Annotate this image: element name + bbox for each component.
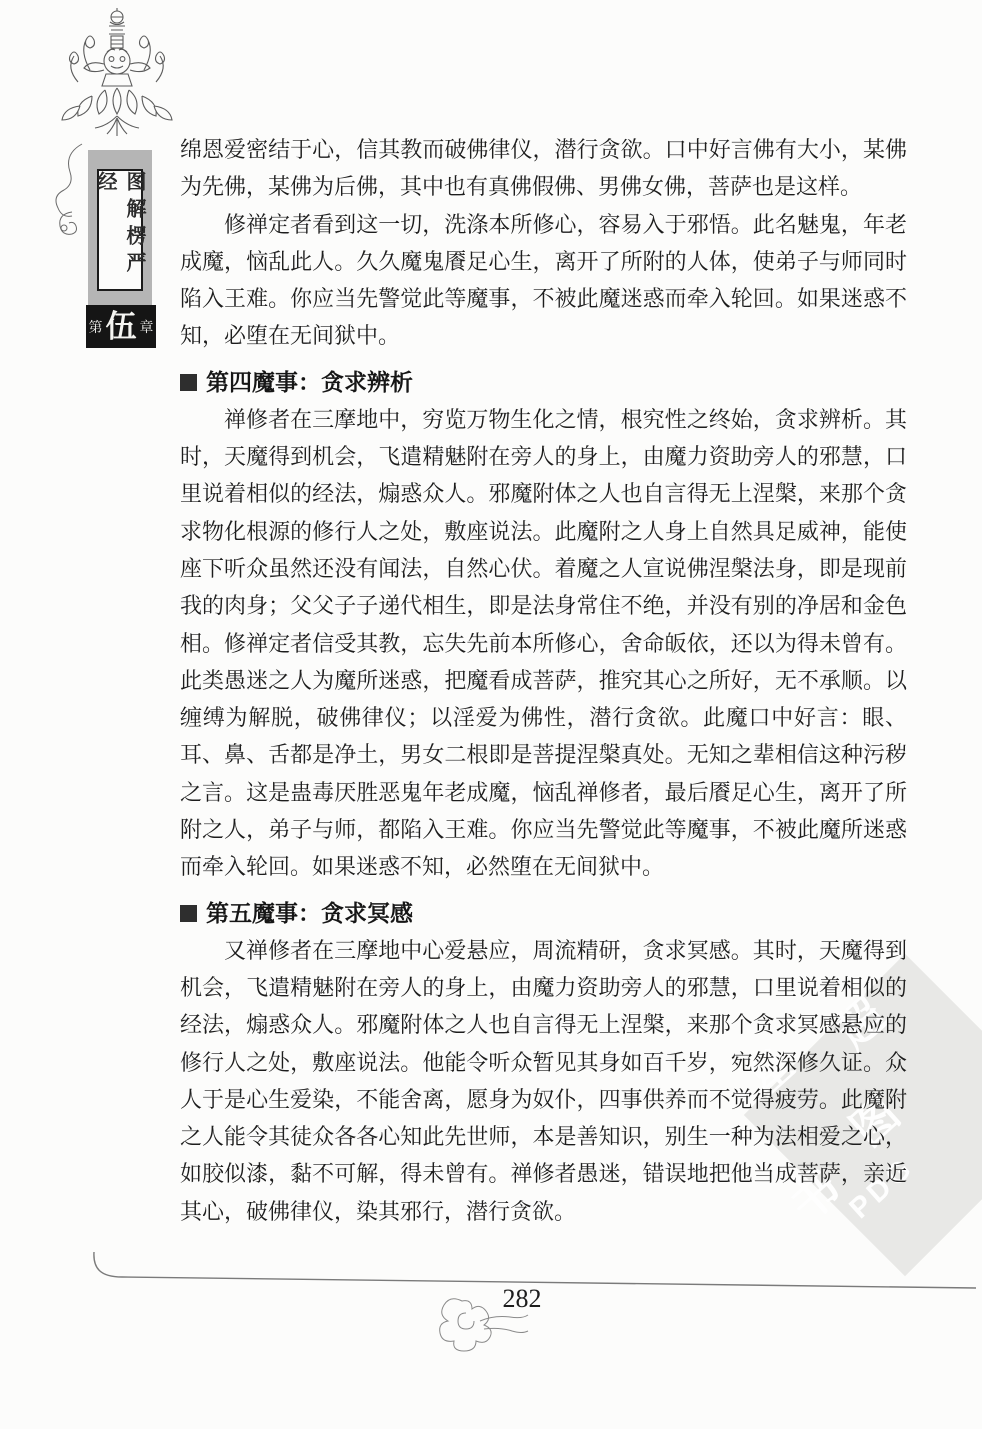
sidebar-band: 图解楞严经 bbox=[88, 150, 152, 308]
paragraph: 又禅修者在三摩地中心爱悬应，周流精研，贪求冥感。其时，天魔得到机会，飞遣精魅附在… bbox=[180, 932, 907, 1230]
paragraph: 禅修者在三摩地中，穷览万物生化之情，根究性之终始，贪求辨析。其时，天魔得到机会，… bbox=[180, 401, 907, 886]
book-page: 图解楞严经 第 伍 章 超 星 图 书 PDG 绵恩爱密结于心，信其教而破佛律仪… bbox=[0, 0, 982, 1429]
book-title: 图解楞严经 bbox=[91, 171, 149, 289]
section-bullet-icon bbox=[180, 905, 197, 922]
book-title-box: 图解楞严经 bbox=[97, 169, 143, 291]
page-number: 282 bbox=[492, 1284, 552, 1314]
chapter-suffix: 章 bbox=[140, 317, 154, 337]
section-heading-fourth-demon: 第四魔事：贪求辨析 bbox=[180, 364, 907, 401]
section-bullet-icon bbox=[180, 374, 197, 391]
paragraph: 修禅定者看到这一切，洗涤本所修心，容易入于邪悟。此名魅鬼，年老成魔，恼乱此人。久… bbox=[180, 206, 907, 355]
paragraph: 绵恩爱密结于心，信其教而破佛律仪，潜行贪欲。口中好言佛有大小，某佛为先佛，某佛为… bbox=[180, 131, 907, 206]
section-heading-fifth-demon: 第五魔事：贪求冥感 bbox=[180, 895, 907, 932]
chapter-prefix: 第 bbox=[89, 317, 103, 337]
lotus-deity-illustration-icon bbox=[52, 6, 182, 158]
section-heading-text: 第五魔事：贪求冥感 bbox=[206, 895, 413, 932]
main-text-column: 绵恩爱密结于心，信其教而破佛律仪，潜行贪欲。口中好言佛有大小，某佛为先佛，某佛为… bbox=[180, 131, 907, 1230]
chapter-badge: 第 伍 章 bbox=[86, 305, 156, 348]
section-heading-text: 第四魔事：贪求辨析 bbox=[206, 364, 413, 401]
chapter-number: 伍 bbox=[106, 311, 137, 342]
